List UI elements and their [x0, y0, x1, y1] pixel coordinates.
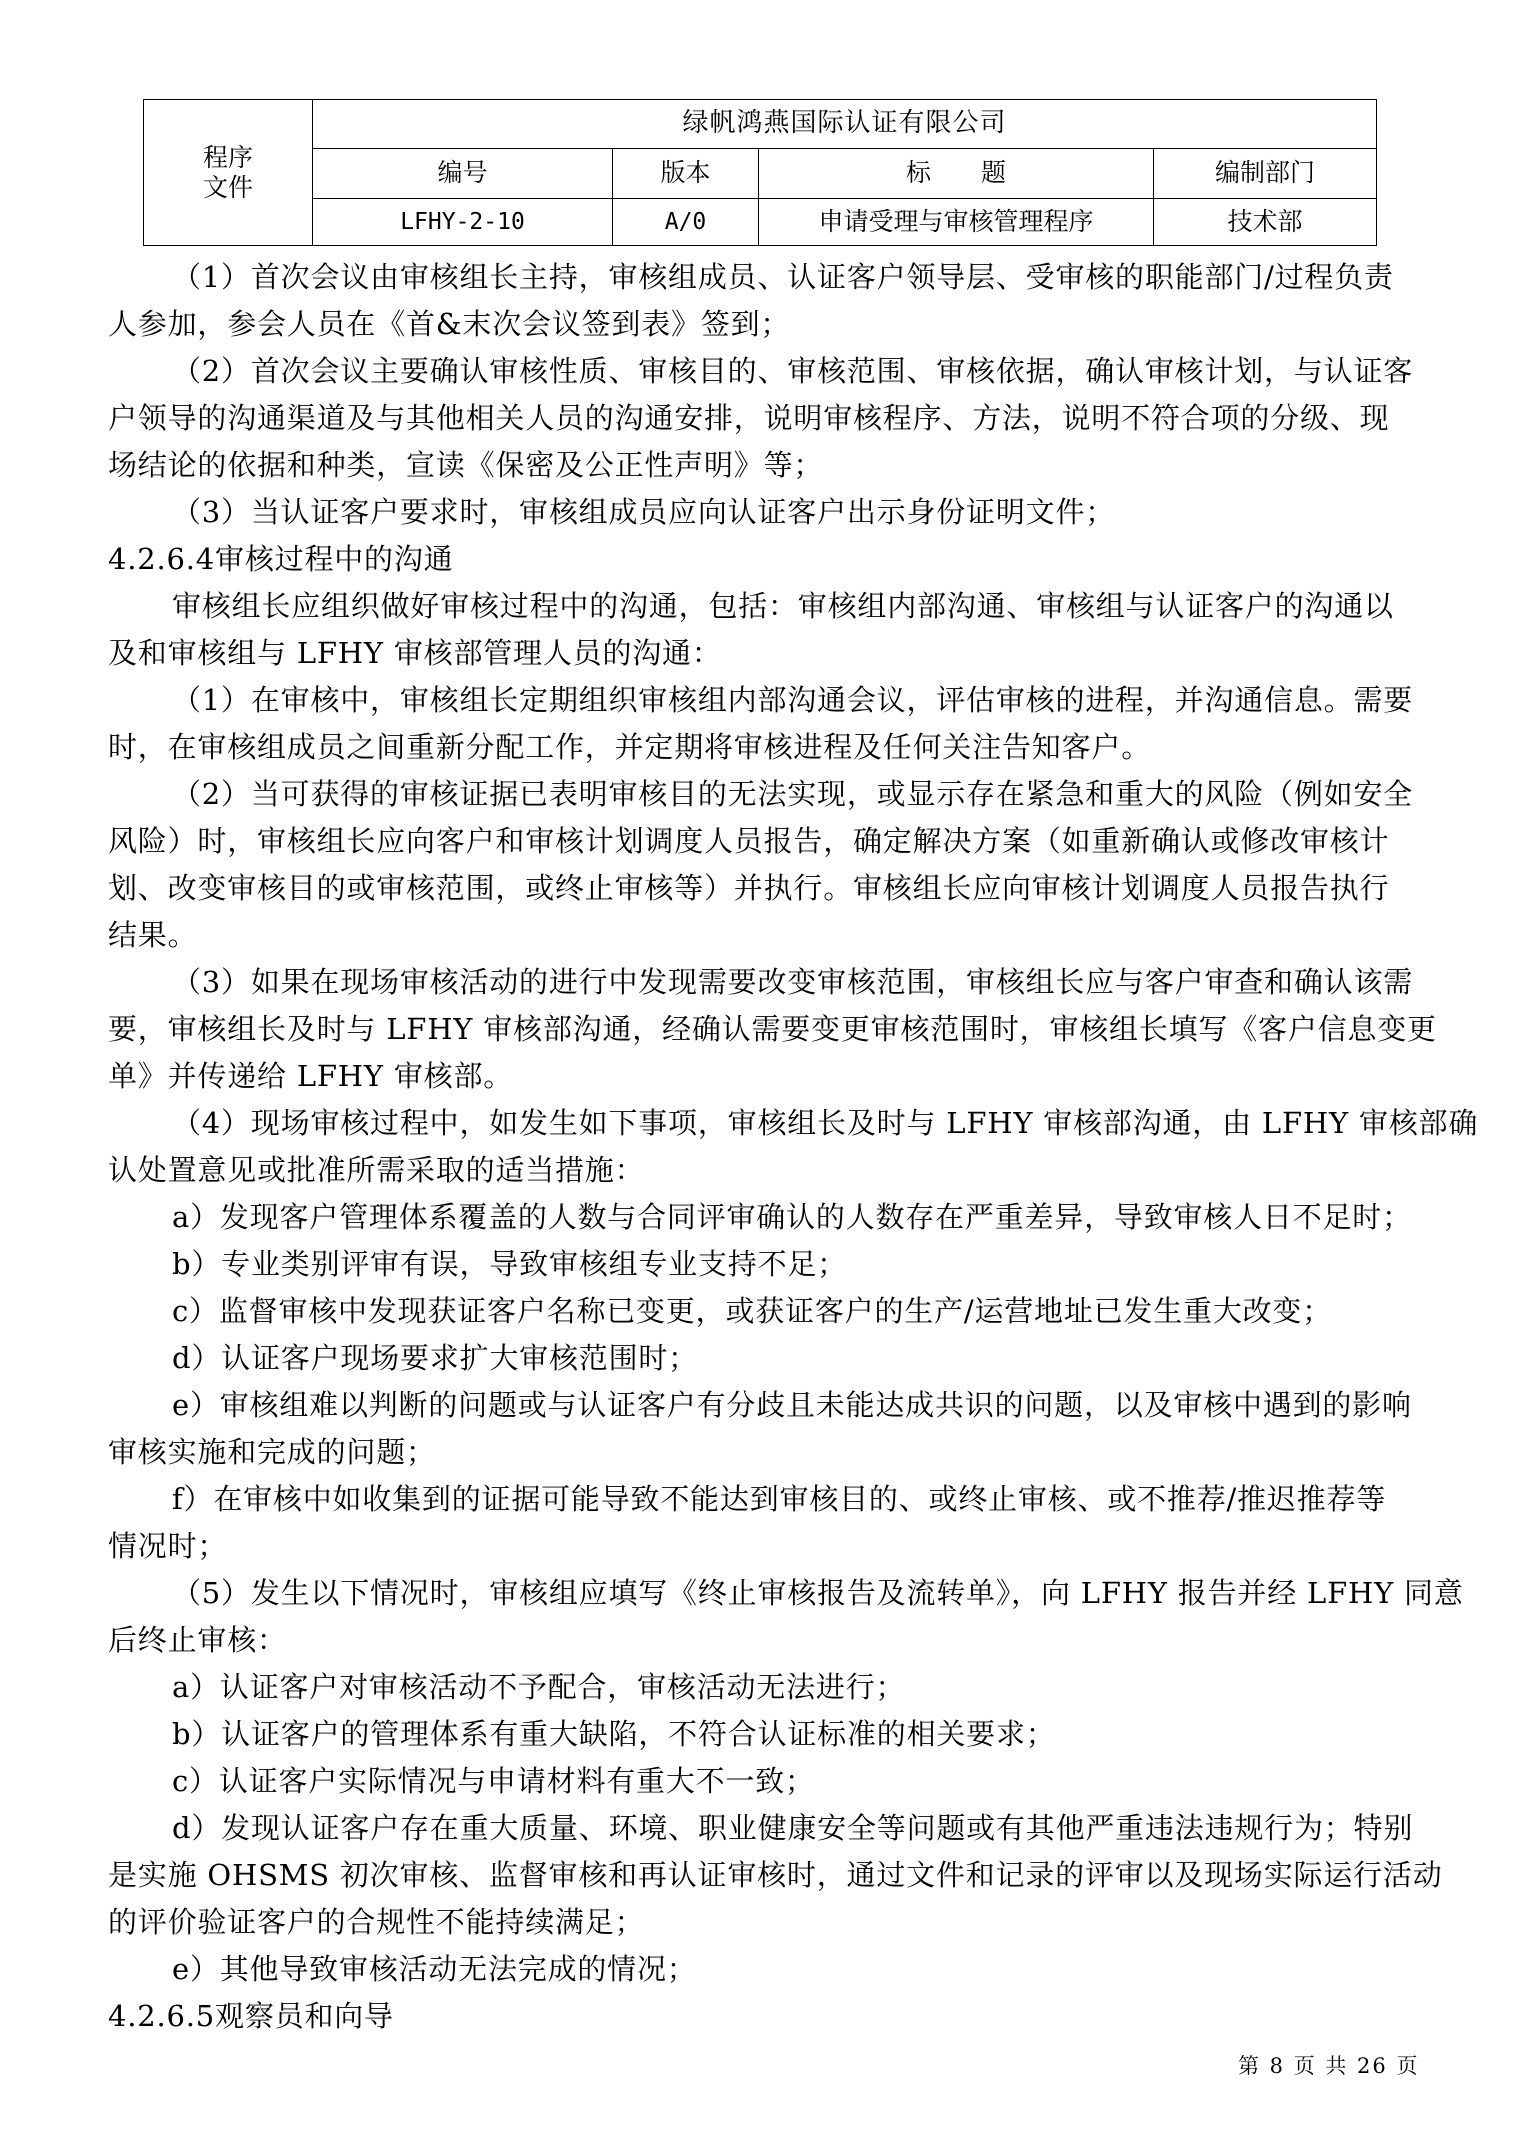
- body-line: a）发现客户管理体系覆盖的人数与合同评审确认的人数存在严重差异，导致审核人日不足…: [108, 1194, 1420, 1241]
- body-line: （2）当可获得的审核证据已表明审核目的无法实现，或显示存在紧急和重大的风险（例如…: [108, 771, 1420, 818]
- document-code: LFHY-2-10: [313, 199, 613, 246]
- body-line: （1）在审核中，审核组长定期组织审核组内部沟通会议，评估审核的进程，并沟通信息。…: [108, 677, 1420, 724]
- body-line: 要，审核组长及时与 LFHY 审核部沟通，经确认需要变更审核范围时，审核组长填写…: [108, 1006, 1420, 1053]
- body-line: e）其他导致审核活动无法完成的情况；: [108, 1946, 1420, 1993]
- document-body: （1）首次会议由审核组长主持，审核组成员、认证客户领导层、受审核的职能部门/过程…: [108, 254, 1420, 2040]
- body-line: 审核组长应组织做好审核过程中的沟通，包括：审核组内部沟通、审核组与认证客户的沟通…: [108, 583, 1420, 630]
- body-line: 4.2.6.4审核过程中的沟通: [108, 536, 1420, 583]
- body-line: （4）现场审核过程中，如发生如下事项，审核组长及时与 LFHY 审核部沟通，由 …: [108, 1100, 1420, 1147]
- body-line: 的评价验证客户的合规性不能持续满足；: [108, 1899, 1420, 1946]
- body-line: 4.2.6.5观察员和向导: [108, 1993, 1420, 2040]
- page-number: 第 8 页 共 26 页: [1238, 2050, 1419, 2080]
- document-version: A/0: [613, 199, 759, 246]
- body-line: 场结论的依据和种类，宣读《保密及公正性声明》等；: [108, 442, 1420, 489]
- body-line: 情况时；: [108, 1523, 1420, 1570]
- document-type-line1: 程序: [203, 143, 253, 172]
- body-line: b）专业类别评审有误，导致审核组专业支持不足；: [108, 1241, 1420, 1288]
- body-line: 户领导的沟通渠道及与其他相关人员的沟通安排，说明审核程序、方法，说明不符合项的分…: [108, 395, 1420, 442]
- body-line: d）认证客户现场要求扩大审核范围时；: [108, 1335, 1420, 1382]
- body-line: a）认证客户对审核活动不予配合，审核活动无法进行；: [108, 1664, 1420, 1711]
- body-line: 后终止审核：: [108, 1617, 1420, 1664]
- document-header-table: 程序 文件 绿帆鸿燕国际认证有限公司 编号 版本 标 题 编制部门 LFHY-2…: [143, 99, 1377, 246]
- body-line: 结果。: [108, 912, 1420, 959]
- body-line: e）审核组难以判断的问题或与认证客户有分歧且未能达成共识的问题，以及审核中遇到的…: [108, 1382, 1420, 1429]
- body-line: （2）首次会议主要确认审核性质、审核目的、审核范围、审核依据，确认审核计划，与认…: [108, 348, 1420, 395]
- body-line: 划、改变审核目的或审核范围，或终止审核等）并执行。审核组长应向审核计划调度人员报…: [108, 865, 1420, 912]
- document-type-line2: 文件: [203, 173, 253, 202]
- body-line: 及和审核组与 LFHY 审核部管理人员的沟通：: [108, 630, 1420, 677]
- body-line: f）在审核中如收集到的证据可能导致不能达到审核目的、或终止审核、或不推荐/推迟推…: [108, 1476, 1420, 1523]
- body-line: 是实施 OHSMS 初次审核、监督审核和再认证审核时，通过文件和记录的评审以及现…: [108, 1852, 1420, 1899]
- body-line: 单》并传递给 LFHY 审核部。: [108, 1053, 1420, 1100]
- document-type-label: 程序 文件: [144, 100, 313, 246]
- body-line: d）发现认证客户存在重大质量、环境、职业健康安全等问题或有其他严重违法违规行为；…: [108, 1805, 1420, 1852]
- body-line: b）认证客户的管理体系有重大缺陷，不符合认证标准的相关要求；: [108, 1711, 1420, 1758]
- company-name: 绿帆鸿燕国际认证有限公司: [313, 100, 1377, 149]
- body-line: （3）如果在现场审核活动的进行中发现需要改变审核范围，审核组长应与客户审查和确认…: [108, 959, 1420, 1006]
- body-line: （1）首次会议由审核组长主持，审核组成员、认证客户领导层、受审核的职能部门/过程…: [108, 254, 1420, 301]
- body-line: c）监督审核中发现获证客户名称已变更，或获证客户的生产/运营地址已发生重大改变；: [108, 1288, 1420, 1335]
- body-line: c）认证客户实际情况与申请材料有重大不一致；: [108, 1758, 1420, 1805]
- body-line: 人参加，参会人员在《首&末次会议签到表》签到；: [108, 301, 1420, 348]
- body-line: 时，在审核组成员之间重新分配工作，并定期将审核进程及任何关注告知客户。: [108, 724, 1420, 771]
- body-line: （3）当认证客户要求时，审核组成员应向认证客户出示身份证明文件；: [108, 489, 1420, 536]
- body-line: 审核实施和完成的问题；: [108, 1429, 1420, 1476]
- document-department: 技术部: [1154, 199, 1377, 246]
- column-header-title: 标 题: [759, 149, 1154, 199]
- body-line: 认处置意见或批准所需采取的适当措施：: [108, 1147, 1420, 1194]
- column-header-version: 版本: [613, 149, 759, 199]
- body-line: 风险）时，审核组长应向客户和审核计划调度人员报告，确定解决方案（如重新确认或修改…: [108, 818, 1420, 865]
- column-header-code: 编号: [313, 149, 613, 199]
- body-line: （5）发生以下情况时，审核组应填写《终止审核报告及流转单》，向 LFHY 报告并…: [108, 1570, 1420, 1617]
- document-title: 申请受理与审核管理程序: [759, 199, 1154, 246]
- column-header-department: 编制部门: [1154, 149, 1377, 199]
